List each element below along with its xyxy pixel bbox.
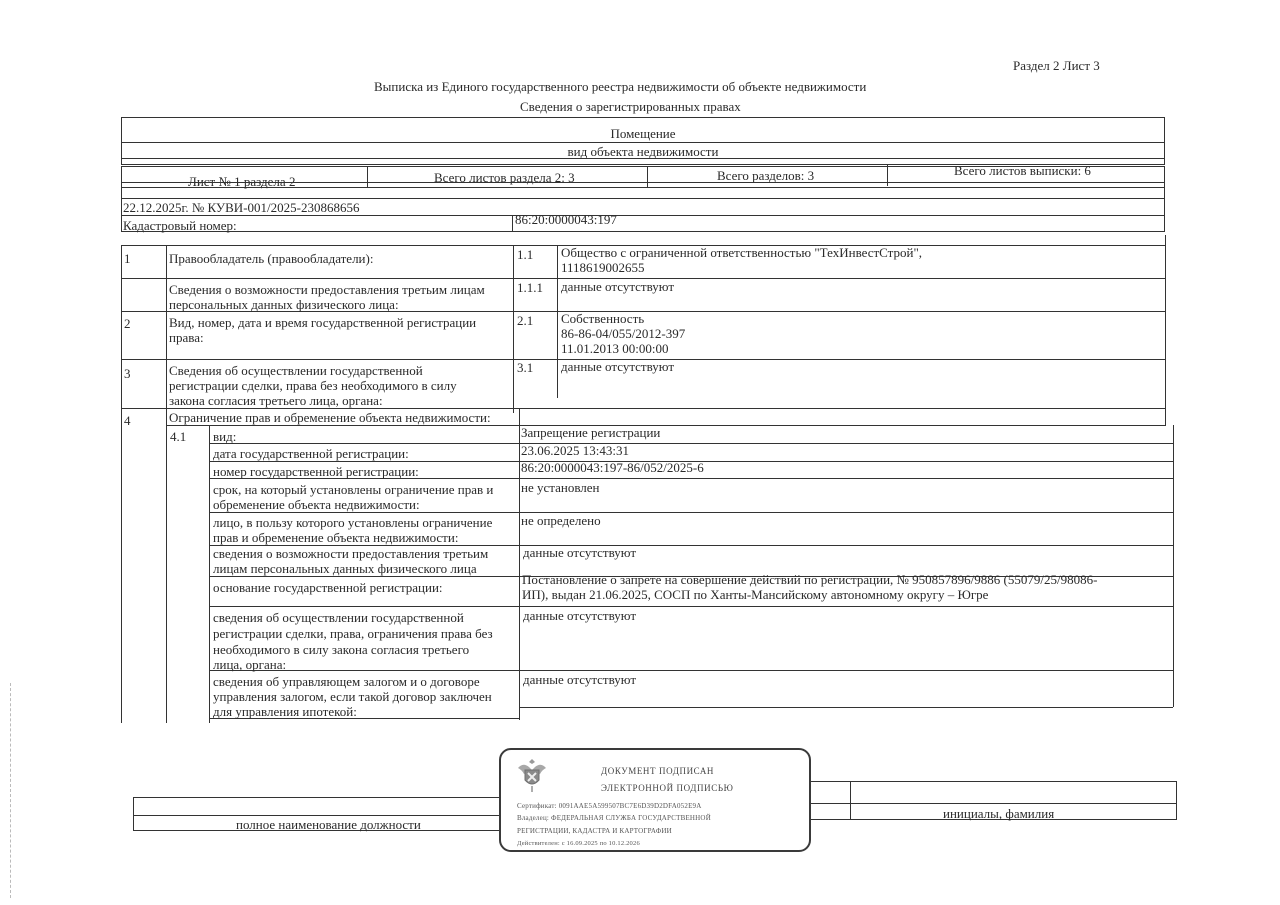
item-label: лица, органа:: [213, 657, 286, 672]
item-label: обременение объекта недвижимости:: [213, 497, 420, 512]
item-label: сведения об управляющем залогом и о дого…: [213, 674, 480, 689]
row-subnumber: 3.1: [517, 360, 533, 375]
item-value: данные отсутствуют: [523, 672, 636, 687]
row-label: Правообладатель (правообладатели):: [169, 251, 373, 266]
row-label: персональных данных физического лица:: [169, 297, 399, 312]
stamp-owner-line2: РЕГИСТРАЦИИ, КАДАСТРА И КАРТОГРАФИИ: [517, 826, 672, 836]
document-subtitle: Сведения о зарегистрированных правах: [520, 99, 741, 114]
rosreestr-emblem-icon: [515, 756, 549, 792]
right-reg-date: 11.01.2013 00:00:00: [561, 341, 669, 356]
stamp-validity: Действителен: с 16.09.2025 по 10.12.2026: [517, 839, 640, 849]
extract-date-number: 22.12.2025г. № КУВИ-001/2025-230868656: [123, 200, 359, 215]
item-label: регистрации сделки, права, ограничения п…: [213, 626, 493, 641]
item-label: лицам персональных данных физического ли…: [213, 561, 477, 576]
row-label: Вид, номер, дата и время государственной…: [169, 315, 476, 330]
row-label: закона согласия третьего лица, органа:: [169, 393, 383, 408]
document-title: Выписка из Единого государственного реес…: [374, 79, 866, 94]
item-value: ИП), выдан 21.06.2025, СОСП по Ханты-Ман…: [522, 587, 988, 602]
item-label: срок, на который установлены ограничение…: [213, 482, 493, 497]
item-label: сведения об осуществлении государственно…: [213, 610, 464, 625]
object-type-value: Помещение: [121, 126, 1165, 141]
item-value: данные отсутствуют: [523, 608, 636, 623]
right-reg-number: 86-86-04/055/2012-397: [561, 326, 685, 341]
item-label: сведения о возможности предоставления тр…: [213, 546, 488, 561]
object-type-label: вид объекта недвижимости: [121, 144, 1165, 159]
row-subnumber: 1.1.1: [517, 280, 543, 295]
row-label: регистрации сделки, права без необходимо…: [169, 378, 457, 393]
row-number: 4: [124, 413, 131, 428]
item-label: управления залогом, если такой договор з…: [213, 689, 492, 704]
row-value: данные отсутствуют: [561, 279, 674, 294]
restriction-heading: Ограничение прав и обременение объекта н…: [169, 410, 491, 425]
item-label: номер государственной регистрации:: [213, 464, 419, 479]
right-type: Собственность: [561, 311, 644, 326]
item-value: Запрещение регистрации: [521, 425, 660, 440]
item-value: 23.06.2025 13:43:31: [521, 443, 629, 458]
scan-margin-mark: [10, 683, 11, 898]
cadastral-number: 86:20:0000043:197: [515, 212, 617, 227]
row-label: Сведения об осуществлении государственно…: [169, 363, 423, 378]
item-value: данные отсутствуют: [523, 545, 636, 560]
electronic-signature-stamp: ДОКУМЕНТ ПОДПИСАН ЭЛЕКТРОННОЙ ПОДПИСЬЮ С…: [499, 748, 811, 852]
row-number: 3: [124, 366, 131, 381]
item-label: вид:: [213, 429, 236, 444]
row-label: Сведения о возможности предоставления тр…: [169, 282, 485, 297]
stamp-certificate: Сертификат: 0091AAE5A599507BC7E6D39D2DFA…: [517, 801, 702, 811]
item-value: 86:20:0000043:197-86/052/2025-6: [521, 460, 704, 475]
row-value: данные отсутствуют: [561, 359, 674, 374]
position-label: полное наименование должности: [236, 817, 421, 832]
owner-ogrn: 1118619002655: [561, 260, 645, 275]
item-label: для управления ипотекой:: [213, 704, 357, 719]
total-sections: Всего разделов: 3: [717, 168, 814, 183]
item-label: лицо, в пользу которого установлены огра…: [213, 515, 492, 530]
item-label: необходимого в силу закона согласия трет…: [213, 642, 469, 657]
row-number: 1: [124, 251, 131, 266]
row-subnumber: 2.1: [517, 313, 533, 328]
item-label: прав и обременение объекта недвижимости:: [213, 530, 458, 545]
restriction-subnumber: 4.1: [170, 429, 186, 444]
item-value: не определено: [521, 513, 601, 528]
section-sheet-label: Раздел 2 Лист 3: [1013, 58, 1100, 73]
name-label: инициалы, фамилия: [943, 806, 1054, 821]
item-value: Постановление о запрете на совершение де…: [522, 572, 1097, 587]
stamp-line1: ДОКУМЕНТ ПОДПИСАН: [601, 766, 714, 776]
stamp-line2: ЭЛЕКТРОННОЙ ПОДПИСЬЮ: [601, 783, 733, 793]
row-label: права:: [169, 330, 204, 345]
stamp-owner-line1: Владелец: ФЕДЕРАЛЬНАЯ СЛУЖБА ГОСУДАРСТВЕ…: [517, 813, 711, 823]
cadastral-label: Кадастровый номер:: [123, 218, 237, 233]
item-value: не установлен: [521, 480, 600, 495]
row-subnumber: 1.1: [517, 247, 533, 262]
item-label: дата государственной регистрации:: [213, 446, 409, 461]
owner-name: Общество с ограниченной ответственностью…: [561, 245, 922, 260]
item-label: основание государственной регистрации:: [213, 580, 443, 595]
row-number: 2: [124, 316, 131, 331]
total-sheets-extract: Всего листов выписки: 6: [954, 163, 1091, 178]
